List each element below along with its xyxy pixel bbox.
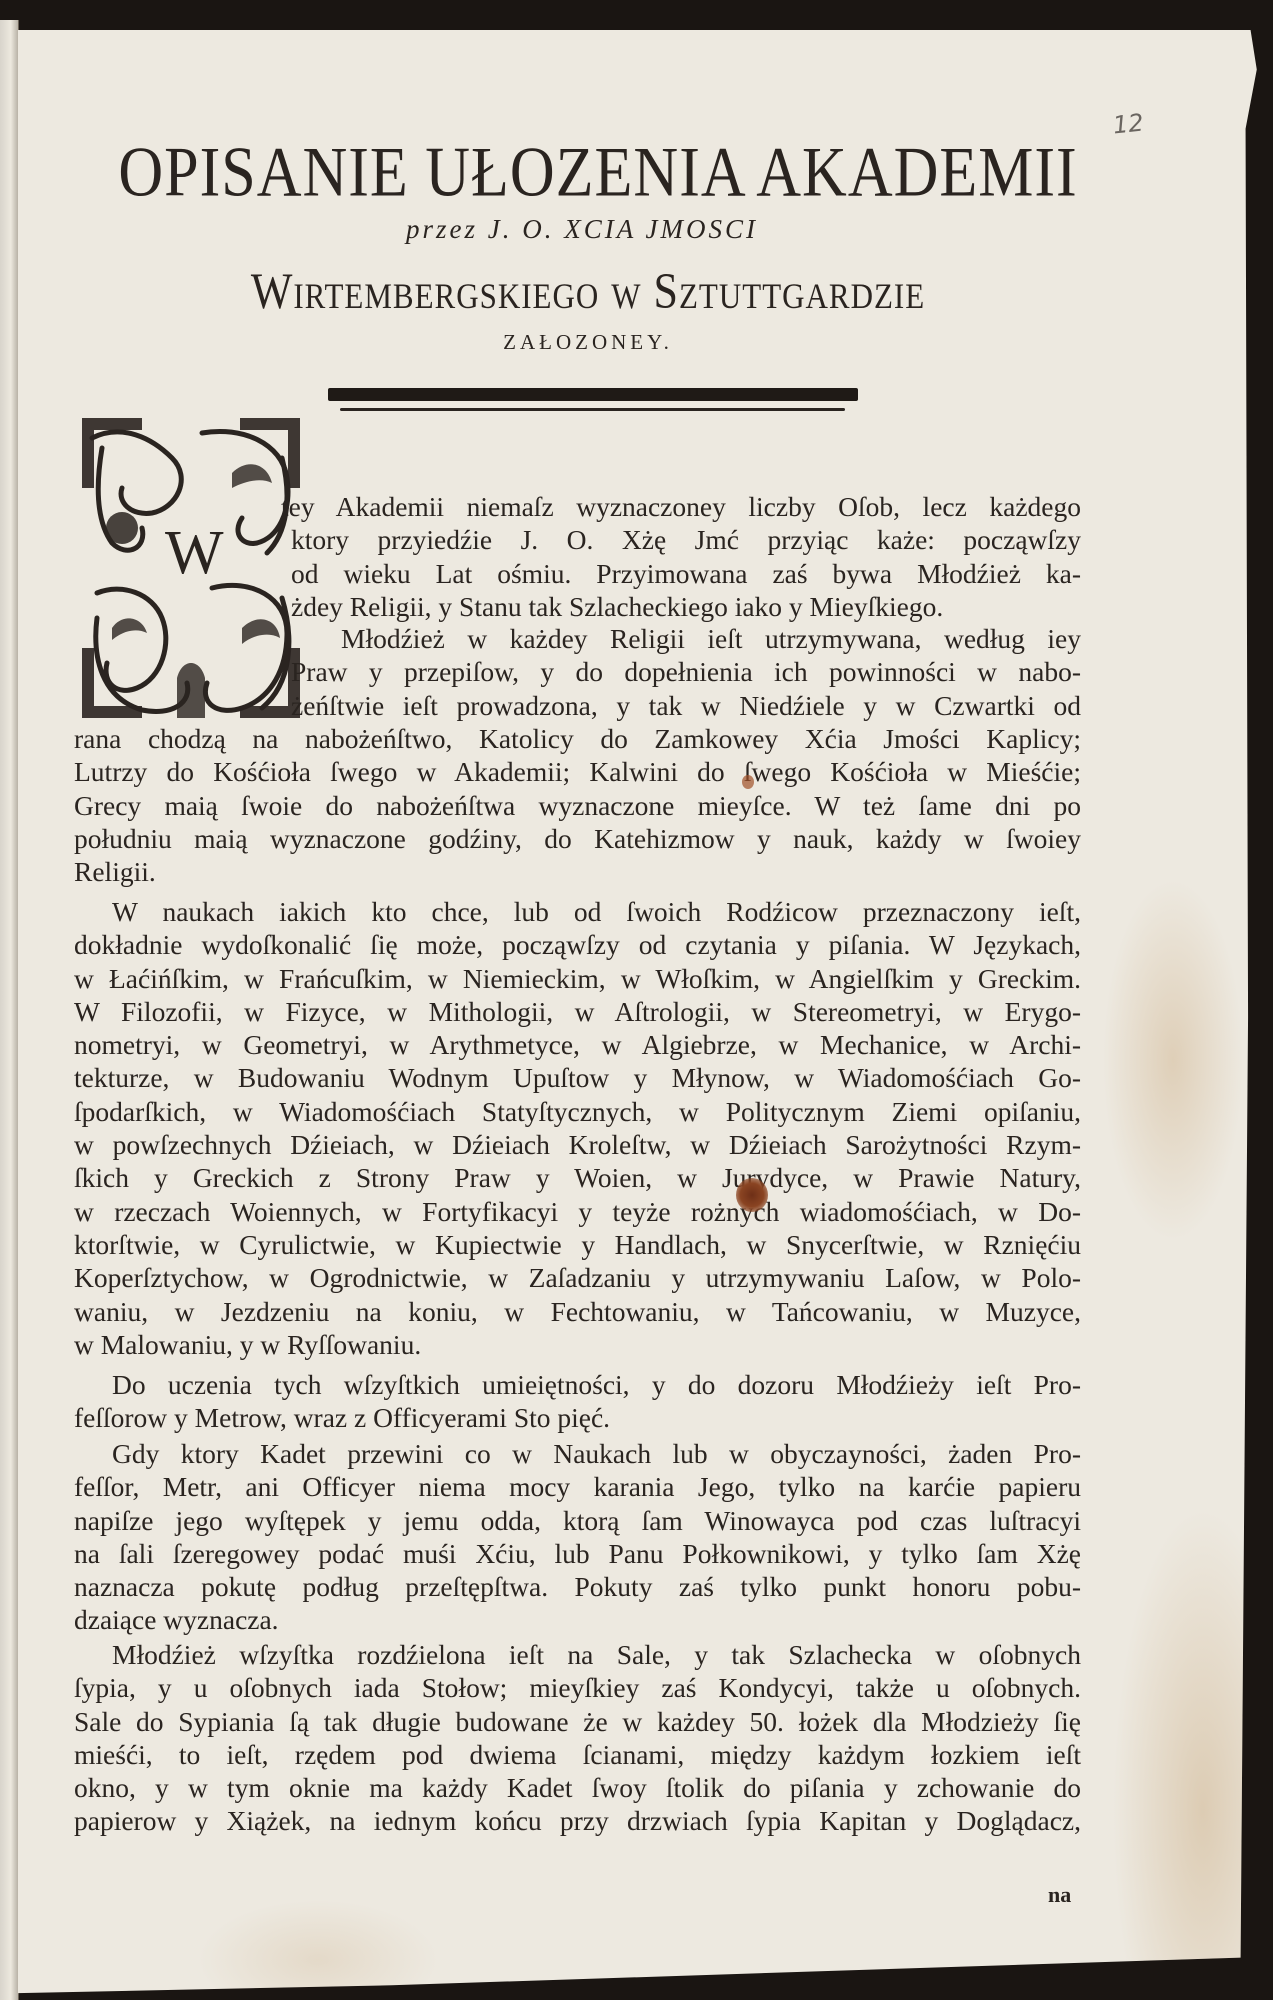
text-line: ſypia, y u oſobnych iada Stołow; mieyſki… — [74, 1671, 1081, 1704]
text-line: rana chodzą na nabożeńſtwo, Katolicy do … — [74, 722, 1081, 755]
text-line: na ſali ſzeregowey podać muśi Xćiu, lub … — [74, 1537, 1081, 1570]
ink-stain-small — [742, 775, 754, 789]
text-line: Do uczenia tych wſzyſtkich umieiętności,… — [74, 1368, 1081, 1401]
text-line: W Filozofii, w Fizyce, w Mithologii, w A… — [74, 995, 1081, 1028]
text-line: ktory przyiedźie J. O. Xżę Jmć przyiąc k… — [291, 523, 1081, 556]
text-line: dokładnie wydoſkonalić ſię może, począwſ… — [74, 928, 1081, 961]
text-line: ktorſtwie, w Cyrulictwie, w Kupiectwie y… — [74, 1228, 1081, 1261]
text-line: ſpodarſkich, w Wiadomośćiach Statyſtyczn… — [74, 1095, 1081, 1128]
text-line: ſkich y Greckich z Strony Praw y Woien, … — [74, 1161, 1081, 1194]
text-line: papierow y Xiążek, na iednym końcu przy … — [74, 1804, 1081, 1837]
text-line: Lutrzy do Kośćioła ſwego w Akademii; Kal… — [74, 755, 1081, 788]
paragraph-4: Do uczenia tych wſzyſtkich umieiętności,… — [74, 1368, 1081, 1435]
text-line: Religii. — [74, 855, 1081, 888]
text-line: feſſor, Metr, ani Officyer niema mocy ka… — [74, 1470, 1081, 1503]
text-line: w Łaćińſkim, w Frańcuſkim, w Niemieckim,… — [74, 962, 1081, 995]
title-subtitle: Wirtembergskiego w Sztuttgardzie — [58, 262, 1118, 321]
catchword: na — [1048, 1882, 1071, 1908]
paragraph-5: Gdy ktory Kadet przewini co w Naukach lu… — [74, 1437, 1081, 1637]
text-line: napiſze jego wyſtępek y jemu odda, ktorą… — [74, 1504, 1081, 1537]
text-line: Młodźież w każdey Religii ieſt utrzymywa… — [291, 622, 1081, 655]
drop-cap-letter: W — [165, 518, 224, 589]
paragraph-3: W naukach iakich kto chce, lub od ſwoich… — [74, 895, 1081, 1361]
paragraph-1: tey Akademii niemaſz wyznaczoney liczby … — [291, 490, 1081, 623]
text-line: Gdy ktory Kadet przewini co w Naukach lu… — [74, 1437, 1081, 1470]
title-byline: przez J. O. XCIA JMOSCI — [18, 214, 758, 245]
document-page: 12 OPISANIE UŁOZENIA AKADEMII przez J. O… — [18, 30, 1263, 2000]
text-line: naznacza pokutę podług przeſtępſtwa. Pok… — [74, 1570, 1081, 1603]
text-line: żdey Religii, y Stanu tak Szlacheckiego … — [291, 590, 1081, 623]
text-line: feſſorow y Metrow, wraz z Officyerami St… — [74, 1401, 1081, 1434]
adjacent-page-edge — [0, 20, 19, 2000]
text-line: w Malowaniu, y w Ryſſowaniu. — [74, 1328, 1081, 1361]
paragraph-2-indented: Młodźież w każdey Religii ieſt utrzymywa… — [291, 622, 1081, 722]
text-line: Młodźież wſzyſtka rozdźielona ieſt na Sa… — [74, 1638, 1081, 1671]
ink-stain — [736, 1178, 768, 1212]
text-line: tey Akademii niemaſz wyznaczoney liczby … — [281, 490, 1081, 523]
text-line: żeńſtwie ieſt prowadzona, y tak w Niedźi… — [291, 689, 1081, 722]
text-line: okno, y w tym oknie ma każdy Kadet ſwoy … — [74, 1771, 1081, 1804]
text-line: w powſzechnych Dźieiach, w Dźieiach Krol… — [74, 1128, 1081, 1161]
text-line: od wieku Lat ośmiu. Przyimowana zaś bywa… — [291, 557, 1081, 590]
text-line: nometryi, w Geometryi, w Arythmetyce, w … — [74, 1028, 1081, 1061]
paragraph-6: Młodźież wſzyſtka rozdźielona ieſt na Sa… — [74, 1638, 1081, 1838]
decorative-rule-thin — [340, 408, 845, 411]
text-line: Koperſztychow, w Ogrodnictwie, w Zaſadza… — [74, 1261, 1081, 1294]
text-line: dzaiące wyznacza. — [74, 1603, 1081, 1636]
text-line: Sale do Sypiania ſą tak długie budowane … — [74, 1705, 1081, 1738]
text-line: W naukach iakich kto chce, lub od ſwoich… — [74, 895, 1081, 928]
text-line: południu maią wyznaczone godźiny, do Kat… — [74, 822, 1081, 855]
paragraph-2-full: rana chodzą na nabożeńſtwo, Katolicy do … — [74, 722, 1081, 888]
document-title: OPISANIE UŁOZENIA AKADEMII — [58, 132, 1138, 214]
decorative-rule-thick — [328, 388, 858, 401]
ornamental-initial: W — [82, 418, 300, 718]
text-line: tekturze, w Budowaniu Wodnym Upuſtow y M… — [74, 1061, 1081, 1094]
text-line: Grecy maią ſwoie do nabożeńſtwa wyznaczo… — [74, 789, 1081, 822]
text-line: mieśći, to ieſt, rzędem pod dwiema ſcian… — [74, 1738, 1081, 1771]
text-line: Praw y przepiſow, y do dopełnienia ich p… — [291, 655, 1081, 688]
text-line: w rzeczach Woiennych, w Fortyfikacyi y t… — [74, 1195, 1081, 1228]
text-line: waniu, w Jezdzeniu na koniu, w Fechtowan… — [74, 1295, 1081, 1328]
title-founded-line: ZAŁOZONEY. — [58, 330, 1118, 355]
